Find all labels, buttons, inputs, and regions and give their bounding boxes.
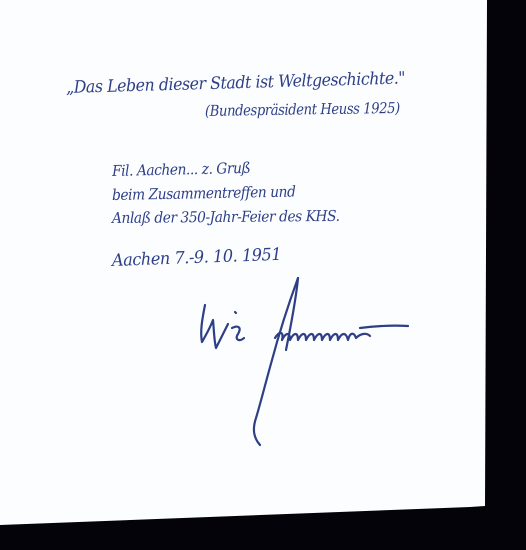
paper-page: „Das Leben dieser Stadt ist Weltgeschich… <box>0 0 526 550</box>
signature-icon <box>180 270 420 450</box>
dedication-line-1: Fil. Aachen... z. Gruß <box>112 159 251 180</box>
place-date: Aachen 7.-9. 10. 1951 <box>112 245 282 271</box>
quote-attribution: (Bundespräsident Heuss 1925) <box>205 99 400 120</box>
dedication-line-3: Anlaß der 350-Jahr-Feier des KHS. <box>112 207 340 227</box>
dedication-line-2: beim Zusammentreffen und <box>112 183 296 204</box>
quote-line: „Das Leben dieser Stadt ist Weltgeschich… <box>66 68 406 98</box>
